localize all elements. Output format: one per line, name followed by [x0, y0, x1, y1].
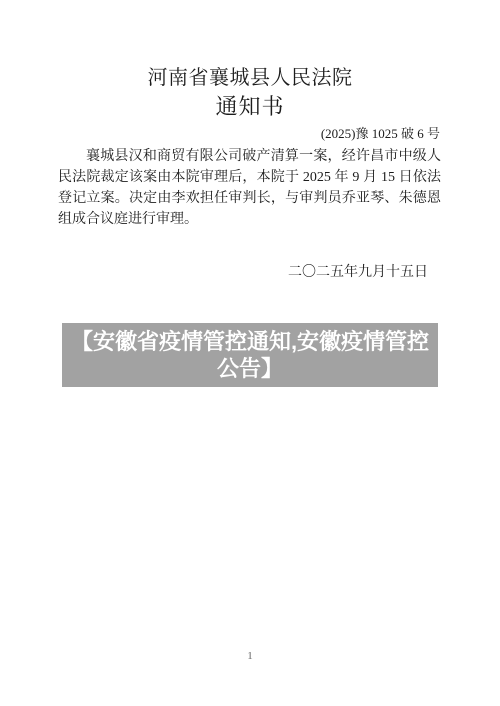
court-notice-page: 河南省襄城县人民法院 通知书 (2025)豫 1025 破 6 号 襄城县汉和商… — [0, 0, 500, 706]
overlay-link-banner[interactable]: 【安徽省疫情管控通知,安徽疫情管控公告】 — [62, 323, 438, 387]
notice-date: 二〇二五年九月十五日 — [288, 261, 428, 281]
page-number: 1 — [0, 650, 500, 662]
notice-body-paragraph: 襄城县汉和商贸有限公司破产清算一案，经许昌市中级人民法院裁定该案由本院审理后，本… — [58, 146, 441, 230]
court-name-heading: 河南省襄城县人民法院 — [0, 61, 500, 90]
case-number: (2025)豫 1025 破 6 号 — [321, 123, 440, 142]
document-title: 通知书 — [0, 90, 500, 121]
